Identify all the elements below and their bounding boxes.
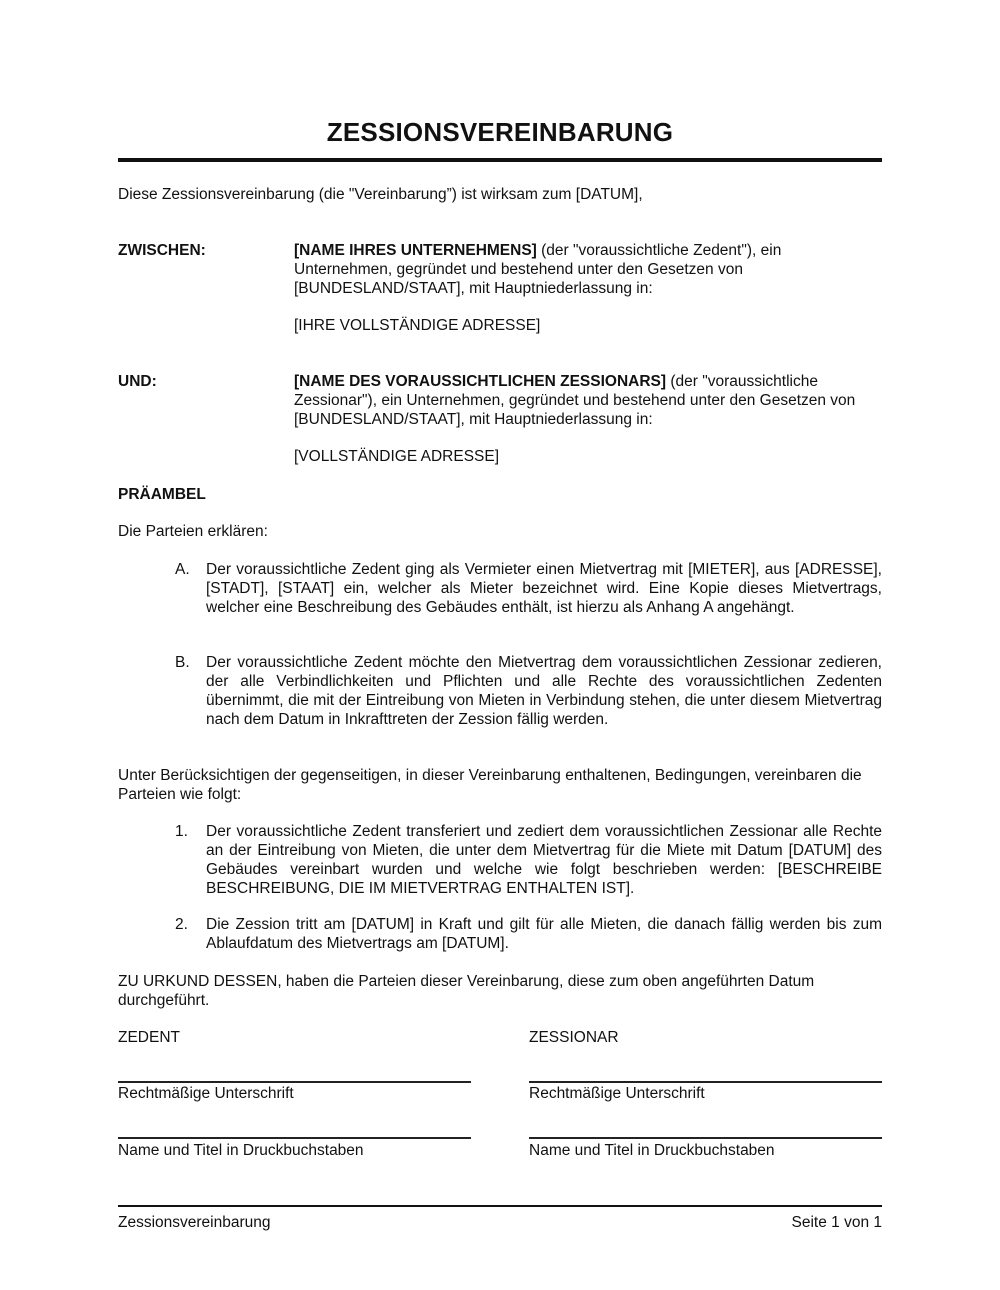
- signature-block-assignor: ZEDENT: [118, 1028, 471, 1047]
- signature-party-label: ZEDENT: [118, 1028, 471, 1047]
- term-item-2: 2. Die Zession tritt am [DATUM] in Kraft…: [175, 915, 882, 953]
- term-item-1: 1. Der voraussichtliche Zedent transferi…: [175, 822, 882, 898]
- signature-caption: Rechtmäßige Unterschrift: [529, 1084, 705, 1103]
- party-name-assignor: [NAME IHRES UNTERNEHMENS]: [294, 242, 537, 259]
- signature-caption: Rechtmäßige Unterschrift: [118, 1084, 294, 1103]
- list-marker: 2.: [175, 915, 205, 934]
- party-label-between: ZWISCHEN:: [118, 241, 206, 260]
- list-marker: B.: [175, 653, 205, 672]
- list-item-text: Der voraussichtliche Zedent transferiert…: [206, 822, 882, 898]
- signature-block-assignee: ZESSIONAR: [529, 1028, 882, 1047]
- footer-page-number: Seite 1 von 1: [792, 1213, 882, 1232]
- preamble-lead: Die Parteien erklären:: [118, 522, 882, 541]
- name-line-assignor[interactable]: [118, 1137, 471, 1139]
- footer-divider: [118, 1205, 882, 1207]
- party-name-assignee: [NAME DES VORAUSSICHTLICHEN ZESSIONARS]: [294, 373, 666, 390]
- intro-paragraph: Diese Zessionsvereinbarung (die "Vereinb…: [118, 185, 643, 204]
- list-item-text: Der voraussichtliche Zedent ging als Ver…: [206, 560, 882, 617]
- footer-document-name: Zessionsvereinbarung: [118, 1213, 271, 1232]
- name-line-assignee[interactable]: [529, 1137, 882, 1139]
- party-label-and: UND:: [118, 372, 157, 391]
- document-title: ZESSIONSVEREINBARUNG: [0, 116, 1000, 148]
- preamble-heading: PRÄAMBEL: [118, 485, 206, 504]
- name-caption: Name und Titel in Druckbuchstaben: [529, 1141, 775, 1160]
- list-item-text: Der voraussichtliche Zedent möchte den M…: [206, 653, 882, 729]
- party-description-assignee: [NAME DES VORAUSSICHTLICHEN ZESSIONARS] …: [294, 372, 869, 429]
- name-caption: Name und Titel in Druckbuchstaben: [118, 1141, 364, 1160]
- signature-party-label: ZESSIONAR: [529, 1028, 882, 1047]
- list-marker: A.: [175, 560, 205, 579]
- list-marker: 1.: [175, 822, 205, 841]
- signature-line-assignee[interactable]: [529, 1081, 882, 1083]
- party-description-assignor: [NAME IHRES UNTERNEHMENS] (der "voraussi…: [294, 241, 869, 298]
- preamble-item-b: B. Der voraussichtliche Zedent möchte de…: [175, 653, 882, 729]
- party-address-assignee: [VOLLSTÄNDIGE ADRESSE]: [294, 447, 869, 466]
- consideration-paragraph: Unter Berücksichtigen der gegenseitigen,…: [118, 766, 882, 804]
- preamble-item-a: A. Der voraussichtliche Zedent ging als …: [175, 560, 882, 617]
- title-divider: [118, 158, 882, 162]
- signature-line-assignor[interactable]: [118, 1081, 471, 1083]
- party-address-assignor: [IHRE VOLLSTÄNDIGE ADRESSE]: [294, 316, 869, 335]
- list-item-text: Die Zession tritt am [DATUM] in Kraft un…: [206, 915, 882, 953]
- witness-paragraph: ZU URKUND DESSEN, haben die Parteien die…: [118, 972, 882, 1010]
